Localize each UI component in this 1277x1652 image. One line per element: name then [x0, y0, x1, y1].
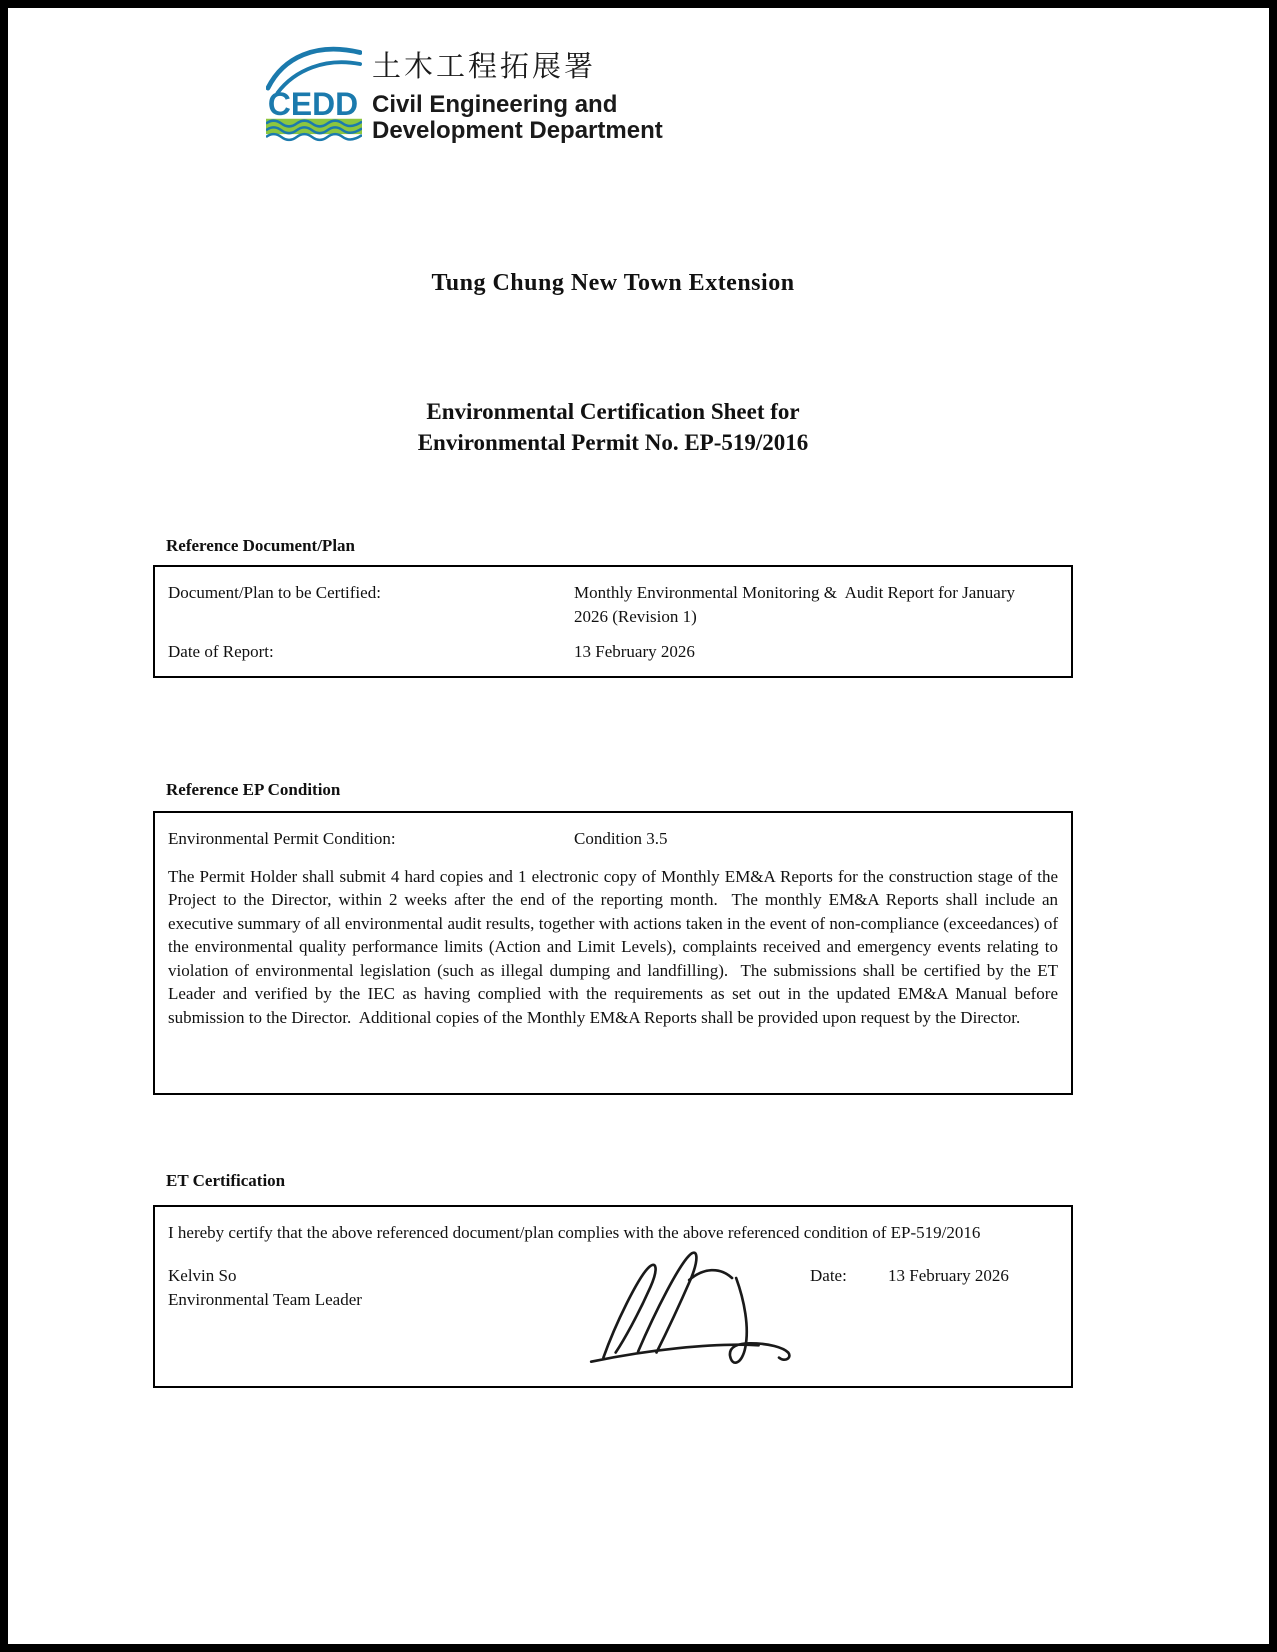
svg-text:CEDD: CEDD: [268, 85, 358, 122]
et-certification-heading: ET Certification: [166, 1171, 285, 1191]
signature-row: Kelvin So Environmental Team Leader Date…: [155, 1264, 1071, 1312]
date-value: 13 February 2026: [888, 1264, 1009, 1288]
reference-document-box: Document/Plan to be Certified: Monthly E…: [153, 565, 1073, 678]
project-title: Tung Chung New Town Extension: [153, 270, 1073, 297]
department-name-english: Civil Engineering and Development Depart…: [372, 92, 663, 144]
document-to-be-certified-row: Document/Plan to be Certified: Monthly E…: [155, 567, 1071, 628]
cedd-logo: CEDD 土木工程拓展署 Civil Engineering and Devel…: [266, 36, 663, 144]
signature-icon: [583, 1236, 828, 1371]
cedd-logo-text: 土木工程拓展署 Civil Engineering and Developmen…: [372, 36, 663, 144]
reference-ep-condition-box: Environmental Permit Condition: Conditio…: [153, 811, 1073, 1095]
cedd-logo-icon: CEDD: [266, 36, 362, 142]
reference-ep-condition-heading: Reference EP Condition: [166, 780, 340, 800]
document-title: Environmental Certification Sheet for En…: [153, 396, 1073, 458]
date-label: Date:: [810, 1264, 847, 1288]
document-to-be-certified-value: Monthly Environmental Monitoring & Audit…: [574, 581, 1044, 628]
et-certification-box: I hereby certify that the above referenc…: [153, 1205, 1073, 1388]
date-of-report-label: Date of Report:: [168, 640, 574, 664]
certification-sheet-page: CEDD 土木工程拓展署 Civil Engineering and Devel…: [0, 0, 1277, 1652]
date-of-report-row: Date of Report: 13 February 2026: [155, 640, 1071, 664]
date-of-report-value: 13 February 2026: [574, 640, 1044, 664]
ep-condition-value: Condition 3.5: [574, 827, 1044, 851]
document-to-be-certified-label: Document/Plan to be Certified:: [168, 581, 574, 628]
ep-condition-text: The Permit Holder shall submit 4 hard co…: [168, 865, 1058, 1030]
reference-document-heading: Reference Document/Plan: [166, 536, 355, 556]
ep-condition-label: Environmental Permit Condition:: [168, 827, 574, 851]
ep-condition-row: Environmental Permit Condition: Conditio…: [155, 813, 1071, 851]
department-name-chinese: 土木工程拓展署: [372, 44, 663, 85]
